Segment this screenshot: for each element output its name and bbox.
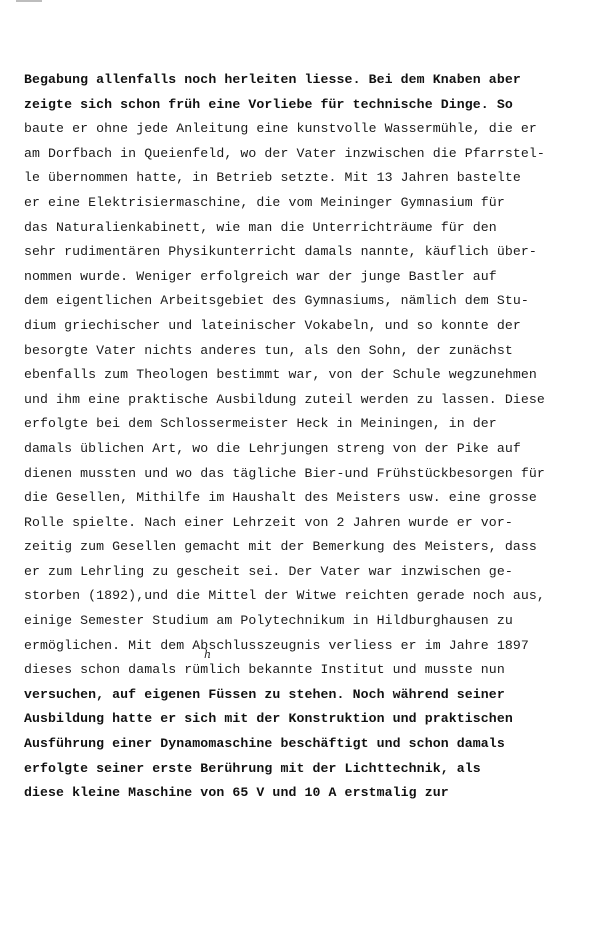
text-line-content: Rolle spielte. Nach einer Lehrzeit von 2… — [24, 515, 513, 530]
text-line: nommen wurde. Weniger erfolgreich war de… — [24, 265, 584, 290]
text-line: dieses schon damals rümlich bekannte Ins… — [24, 658, 584, 683]
document-page: Begabung allenfalls noch herleiten liess… — [0, 0, 600, 940]
text-line-content: erfolgte bei dem Schlossermeister Heck i… — [24, 416, 497, 431]
text-line-content: zeigte sich schon früh eine Vorliebe für… — [24, 97, 513, 112]
text-line-content: ermöglichen. Mit dem Abschlusszeugnis ve… — [24, 638, 529, 653]
text-line-content: ebenfalls zum Theologen bestimmt war, vo… — [24, 367, 537, 382]
text-line: baute er ohne jede Anleitung eine kunstv… — [24, 117, 584, 142]
text-line-content: diese kleine Maschine von 65 V und 10 A … — [24, 785, 449, 800]
text-line: damals üblichen Art, wo die Lehrjungen s… — [24, 437, 584, 462]
text-line: das Naturalienkabinett, wie man die Unte… — [24, 216, 584, 241]
text-line: erfolgte seiner erste Berührung mit der … — [24, 757, 584, 782]
text-line: zeitig zum Gesellen gemacht mit der Beme… — [24, 535, 584, 560]
text-line-content: damals üblichen Art, wo die Lehrjungen s… — [24, 441, 521, 456]
text-line-content: dienen mussten und wo das tägliche Bier-… — [24, 466, 545, 481]
text-line-content: versuchen, auf eigenen Füssen zu stehen.… — [24, 687, 505, 702]
text-line-content: nommen wurde. Weniger erfolgreich war de… — [24, 269, 497, 284]
text-line: er zum Lehrling zu gescheit sei. Der Vat… — [24, 560, 584, 585]
text-line: ebenfalls zum Theologen bestimmt war, vo… — [24, 363, 584, 388]
text-line-content: das Naturalienkabinett, wie man die Unte… — [24, 220, 497, 235]
text-line: zeigte sich schon früh eine Vorliebe für… — [24, 93, 584, 118]
text-line-content: dieses schon damals rümlich bekannte Ins… — [24, 662, 505, 677]
text-line: Begabung allenfalls noch herleiten liess… — [24, 68, 584, 93]
text-line-content: erfolgte seiner erste Berührung mit der … — [24, 761, 481, 776]
text-line: diese kleine Maschine von 65 V und 10 A … — [24, 781, 584, 806]
text-line-content: die Gesellen, Mithilfe im Haushalt des M… — [24, 490, 537, 505]
text-line-content: sehr rudimentären Physikunterricht damal… — [24, 244, 537, 259]
text-line: ermöglichen. Mit dem Abschlusszeugnis ve… — [24, 634, 584, 659]
text-line: versuchen, auf eigenen Füssen zu stehen.… — [24, 683, 584, 708]
text-line-content: Ausbildung hatte er sich mit der Konstru… — [24, 711, 513, 726]
text-line: am Dorfbach in Queienfeld, wo der Vater … — [24, 142, 584, 167]
text-line-content: einige Semester Studium am Polytechnikum… — [24, 613, 513, 628]
text-line: erfolgte bei dem Schlossermeister Heck i… — [24, 412, 584, 437]
text-line-content: baute er ohne jede Anleitung eine kunstv… — [24, 121, 537, 136]
text-line: dem eigentlichen Arbeitsgebiet des Gymna… — [24, 289, 584, 314]
text-line: le übernommen hatte, in Betrieb setzte. … — [24, 166, 584, 191]
text-line: einige Semester Studium am Polytechnikum… — [24, 609, 584, 634]
text-line-content: zeitig zum Gesellen gemacht mit der Beme… — [24, 539, 537, 554]
text-line-content: besorgte Vater nichts anderes tun, als d… — [24, 343, 513, 358]
text-line-content: und ihm eine praktische Ausbildung zutei… — [24, 392, 545, 407]
text-line-content: Begabung allenfalls noch herleiten liess… — [24, 72, 521, 87]
typescript-body: Begabung allenfalls noch herleiten liess… — [24, 68, 584, 806]
text-line-content: dium griechischer und lateinischer Vokab… — [24, 318, 521, 333]
scan-corner-mark — [16, 0, 42, 2]
text-line-content: er eine Elektrisiermaschine, die vom Mei… — [24, 195, 505, 210]
text-line-content: dem eigentlichen Arbeitsgebiet des Gymna… — [24, 293, 529, 308]
text-line: dium griechischer und lateinischer Vokab… — [24, 314, 584, 339]
text-line: Rolle spielte. Nach einer Lehrzeit von 2… — [24, 511, 584, 536]
text-line: dienen mussten und wo das tägliche Bier-… — [24, 462, 584, 487]
text-line: sehr rudimentären Physikunterricht damal… — [24, 240, 584, 265]
text-line: storben (1892),und die Mittel der Witwe … — [24, 584, 584, 609]
text-line-content: er zum Lehrling zu gescheit sei. Der Vat… — [24, 564, 513, 579]
text-line: Ausführung einer Dynamomaschine beschäft… — [24, 732, 584, 757]
text-line-content: le übernommen hatte, in Betrieb setzte. … — [24, 170, 521, 185]
text-line: Ausbildung hatte er sich mit der Konstru… — [24, 707, 584, 732]
text-line: die Gesellen, Mithilfe im Haushalt des M… — [24, 486, 584, 511]
text-line: besorgte Vater nichts anderes tun, als d… — [24, 339, 584, 364]
text-line: und ihm eine praktische Ausbildung zutei… — [24, 388, 584, 413]
text-line-content: am Dorfbach in Queienfeld, wo der Vater … — [24, 146, 545, 161]
text-line-content: storben (1892),und die Mittel der Witwe … — [24, 588, 545, 603]
handwritten-correction: h — [204, 649, 211, 660]
text-line-content: Ausführung einer Dynamomaschine beschäft… — [24, 736, 505, 751]
text-line: er eine Elektrisiermaschine, die vom Mei… — [24, 191, 584, 216]
